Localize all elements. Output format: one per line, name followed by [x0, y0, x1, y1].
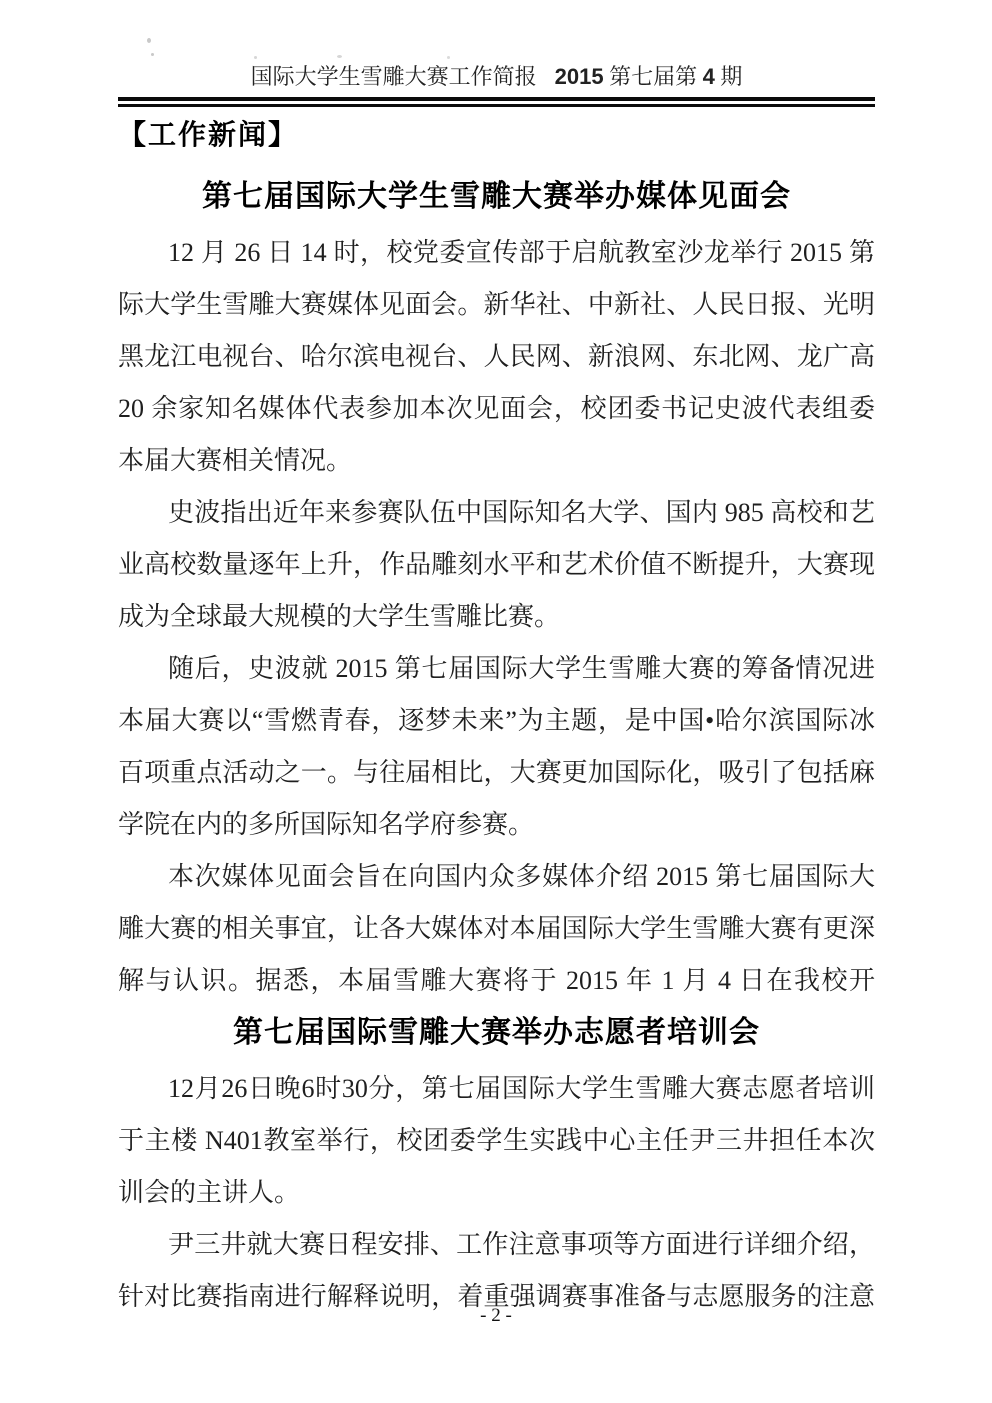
article-body: 12 月 26 日 14 时，校党委宣传部于启航教室沙龙举行 2015 第七届国… [118, 227, 875, 1007]
text-line: 解与认识。据悉，本届雪雕大赛将于 2015 年 1 月 4 日在我校开幕。 [118, 955, 875, 1007]
bulletin-title: 国际大学生雪雕大赛工作简报 [251, 64, 537, 89]
text-line: 训会的主讲人。 [118, 1167, 875, 1219]
text-line: 成为全球最大规模的大学生雪雕比赛。 [118, 591, 875, 643]
document-page: 国际大学生雪雕大赛工作简报2015 第七届第 4 期 【工作新闻】 第七届国际大… [0, 0, 992, 1403]
paragraph: 史波指出近年来参赛队伍中国际知名大学、国内 985 高校和艺术类专 业高校数量逐… [118, 487, 875, 643]
text-line: 际大学生雪雕大赛媒体见面会。新华社、中新社、人民日报、光明日报、 [118, 279, 875, 331]
text-line: 本次媒体见面会旨在向国内众多媒体介绍 2015 第七届国际大学生雪 [118, 851, 875, 903]
page-content: 国际大学生雪雕大赛工作简报2015 第七届第 4 期 【工作新闻】 第七届国际大… [118, 0, 875, 1323]
text-line: 随后，史波就 2015 第七届国际大学生雪雕大赛的筹备情况进行说明， [118, 643, 875, 695]
header-double-rule [118, 97, 875, 107]
bulletin-year: 2015 [555, 64, 604, 89]
text-line: 12月26日晚6时30分，第七届国际大学生雪雕大赛志愿者培训会 [118, 1063, 875, 1115]
text-line: 业高校数量逐年上升，作品雕刻水平和艺术价值不断提升，大赛现已发展 [118, 539, 875, 591]
page-number: - 2 - [0, 1306, 992, 1326]
article-body: 12月26日晚6时30分，第七届国际大学生雪雕大赛志愿者培训会 于主楼 N401… [118, 1063, 875, 1323]
bulletin-issue-suffix: 期 [715, 64, 743, 89]
bulletin-issue-number: 4 [703, 64, 715, 89]
text-line: 黑龙江电视台、哈尔滨电视台、人民网、新浪网、东北网、龙广高校台等 [118, 331, 875, 383]
article-title: 第七届国际雪雕大赛举办志愿者培训会 [118, 1015, 875, 1051]
text-line: 20 余家知名媒体代表参加本次见面会，校团委书记史波代表组委会介绍了 [118, 383, 875, 435]
text-line: 学院在内的多所国际知名学府参赛。 [118, 799, 875, 851]
text-line: 本届大赛相关情况。 [118, 435, 875, 487]
text-line: 尹三井就大赛日程安排、工作注意事项等方面进行详细介绍， [118, 1219, 875, 1271]
paragraph: 本次媒体见面会旨在向国内众多媒体介绍 2015 第七届国际大学生雪 雕大赛的相关… [118, 851, 875, 1007]
text-line: 本届大赛以“雪燃青春，逐梦未来”为主题，是中国•哈尔滨国际冰雪节的 [118, 695, 875, 747]
paragraph: 12 月 26 日 14 时，校党委宣传部于启航教室沙龙举行 2015 第七届国… [118, 227, 875, 487]
paragraph: 12月26日晚6时30分，第七届国际大学生雪雕大赛志愿者培训会 于主楼 N401… [118, 1063, 875, 1219]
page-header: 国际大学生雪雕大赛工作简报2015 第七届第 4 期 [118, 62, 875, 92]
section-heading: 【工作新闻】 [118, 118, 875, 152]
text-line: 雕大赛的相关事宜，让各大媒体对本届国际大学生雪雕大赛有更深入的了 [118, 903, 875, 955]
paragraph: 随后，史波就 2015 第七届国际大学生雪雕大赛的筹备情况进行说明， 本届大赛以… [118, 643, 875, 851]
text-line: 12 月 26 日 14 时，校党委宣传部于启航教室沙龙举行 2015 第七届国 [118, 227, 875, 279]
bulletin-issue-prefix: 第七届第 [604, 64, 703, 89]
text-line: 于主楼 N401教室举行，校团委学生实践中心主任尹三井担任本次培 [118, 1115, 875, 1167]
article-title: 第七届国际大学生雪雕大赛举办媒体见面会 [118, 179, 875, 215]
text-line: 百项重点活动之一。与往届相比，大赛更加国际化，吸引了包括麻省理工 [118, 747, 875, 799]
text-line: 史波指出近年来参赛队伍中国际知名大学、国内 985 高校和艺术类专 [118, 487, 875, 539]
